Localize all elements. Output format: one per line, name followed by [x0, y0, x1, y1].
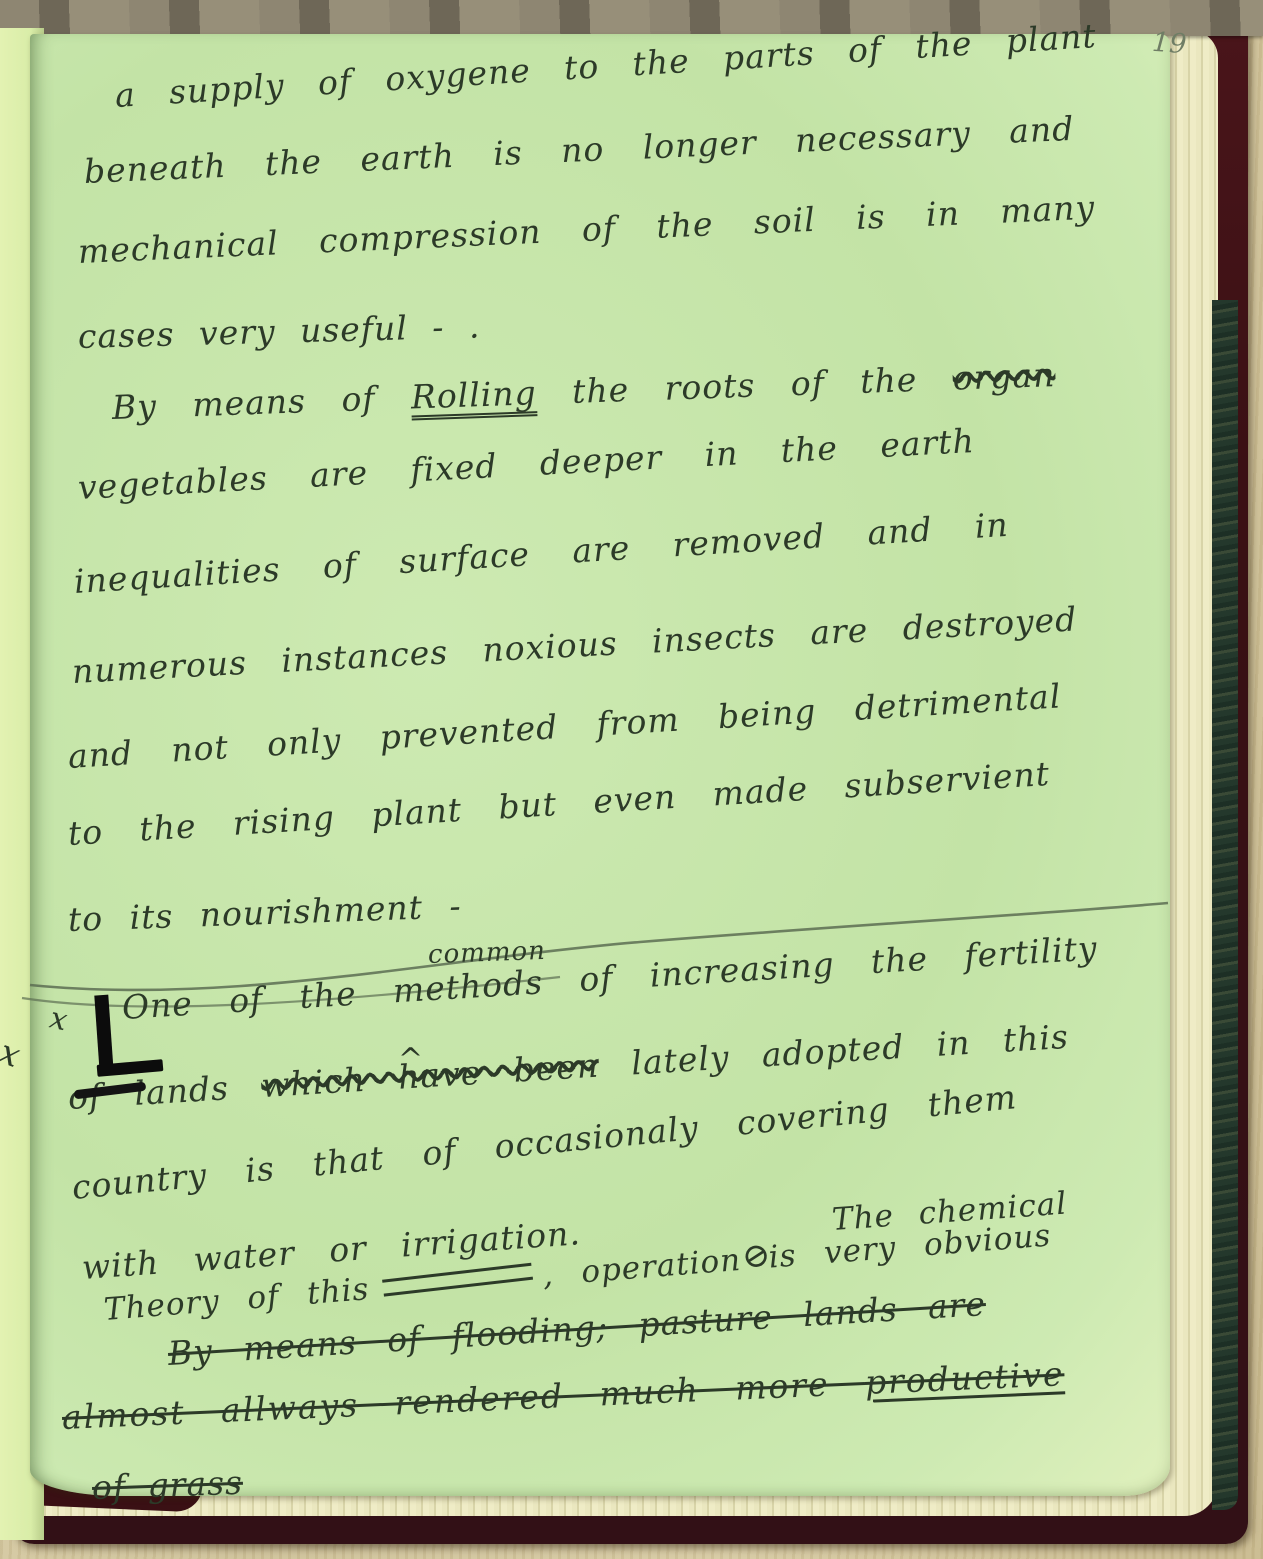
page-number: 19	[1151, 27, 1187, 60]
struck-line: of grass	[91, 1463, 243, 1507]
struck-word: organ	[952, 355, 1056, 398]
cover-marbled-edge	[1212, 300, 1238, 1510]
notebook-photo: 19 a supply of oxygene to the parts of t…	[0, 0, 1263, 1559]
underlined-word: Rolling	[410, 373, 537, 416]
caret-mark: ^	[398, 1042, 423, 1077]
double-dash-mark	[382, 1263, 533, 1297]
